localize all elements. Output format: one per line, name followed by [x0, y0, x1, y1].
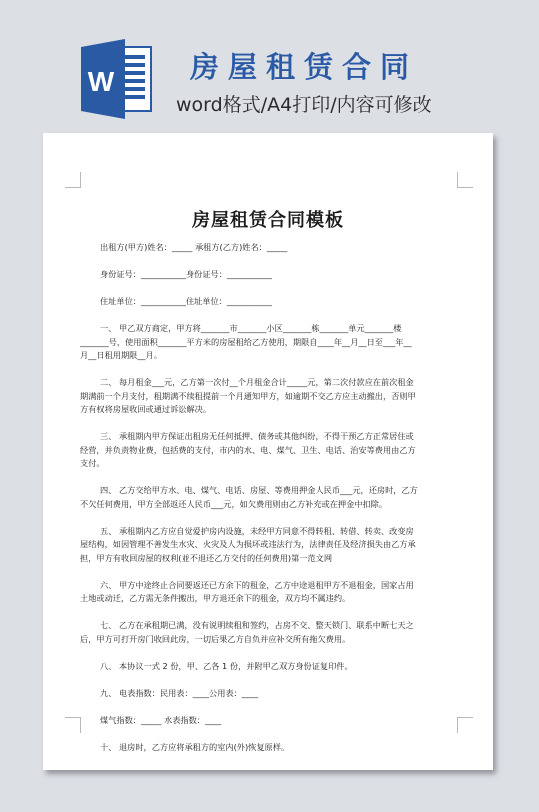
id-number-line: 身份证号：___________身份证号：___________ — [100, 268, 452, 282]
banner-subtitle: word格式/A4打印/内容可修改 — [176, 93, 432, 117]
party-names-line: 出租方(甲方)姓名：_____ 承租方(乙方)姓名：_____ — [100, 241, 452, 255]
margin-corner-mark — [65, 717, 81, 733]
word-document-icon: W — [81, 39, 157, 119]
banner-title: 房屋租赁合同 — [190, 49, 420, 85]
clause-2: 二、 每月租金___元，乙方第一次付__个月租金合计_____元，第二次付款应在… — [80, 376, 452, 417]
document-page: 房屋租赁合同模板 出租方(甲方)姓名：_____ 承租方(乙方)姓名：_____… — [43, 133, 493, 770]
clause-4: 四、 乙方交给甲方水、电、煤气、电话、房屋、等费用押金人民币___元，还房时，乙… — [80, 484, 452, 511]
margin-corner-mark — [65, 172, 81, 188]
clause-7: 七、 乙方在承租期已满，没有说明续租和签约，占房不交、整天锁门、联系中断七天之 … — [80, 619, 452, 646]
clause-9-gas-water: 煤气指数：_____ 水表指数：____ — [80, 714, 452, 728]
clause-8: 八、 本协议一式 2 份，甲、乙各 1 份，并附甲乙双方身份证复印件。 — [80, 660, 452, 674]
document-title: 房屋租赁合同模板 — [43, 206, 493, 232]
clause-9: 九、 电表指数：民用表：____公用表：____ — [80, 687, 452, 701]
clause-1: 一、 甲乙双方商定，甲方将_______市_______小区_______栋__… — [80, 322, 452, 363]
address-line: 住址单位：___________住址单位：___________ — [100, 295, 452, 309]
document-body: 出租方(甲方)姓名：_____ 承租方(乙方)姓名：_____ 身份证号：___… — [80, 241, 452, 768]
margin-corner-mark — [457, 717, 473, 733]
svg-text:W: W — [88, 66, 115, 97]
clause-6: 六、 甲方中途终止合同要返还已方余下的租金，乙方中途退租甲方不退租金，国家占用 … — [80, 579, 452, 606]
clause-3: 三、 承租期内甲方保证出租房无任何抵押、债务或其他纠纷，不得干预乙方正常居住或 … — [80, 430, 452, 471]
clause-5: 五、 承租期内乙方应自觉爱护房内设施，未经甲方同意不得转租、转借、转卖、改变房 … — [80, 525, 452, 566]
margin-corner-mark — [457, 172, 473, 188]
clause-10: 十、 退房时，乙方应将承租方的室内(外)恢复原样。 — [80, 741, 452, 755]
banner-header: W 房屋租赁合同 word格式/A4打印/内容可修改 — [0, 0, 539, 130]
